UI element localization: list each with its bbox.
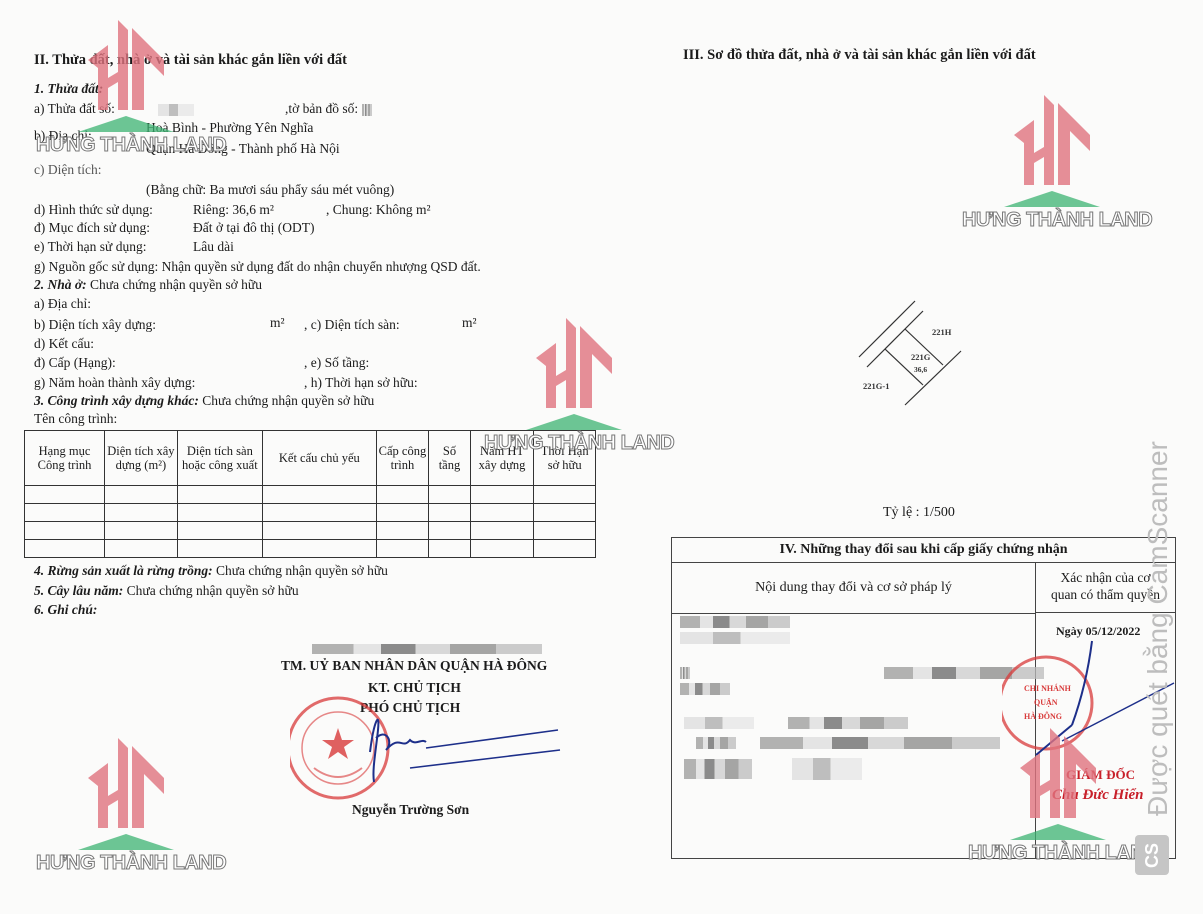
camscanner-text: Được quét bằng CamScanner	[1142, 386, 1174, 816]
usage-form-label: d) Hình thức sử dụng:	[34, 202, 153, 218]
area-label: c) Diện tích:	[34, 162, 101, 178]
purpose-label: đ) Mục đích sử dụng:	[34, 220, 150, 236]
changes-column-header: Nội dung thay đổi và cơ sở pháp lý	[672, 563, 1036, 614]
signing-authority: TM. UỶ BAN NHÂN DÂN QUẬN HÀ ĐÔNG	[281, 658, 547, 674]
house-address: a) Địa chỉ:	[34, 296, 91, 312]
plot-area-label: 36,6	[914, 365, 927, 374]
table-row	[25, 504, 596, 522]
column-header: Diện tích sàn hoặc công xuất	[177, 431, 262, 486]
svg-text:HÀ ĐÔNG: HÀ ĐÔNG	[1024, 711, 1062, 721]
term-label: e) Thời hạn sử dụng:	[34, 239, 146, 255]
watermark-text: HƯNG THÀNH LAND	[968, 842, 1158, 865]
logo-roof-icon	[1004, 191, 1100, 207]
section-iii-title: III. Sơ đồ thửa đất, nhà ở và tài sản kh…	[683, 47, 1036, 63]
column-header: Hạng mục Công trình	[25, 431, 105, 486]
term-value: Lâu dài	[193, 239, 234, 255]
ht-logo-icon	[88, 738, 164, 834]
signer-name: Nguyễn Trường Sơn	[352, 802, 469, 818]
house-floors: , e) Số tầng:	[304, 355, 369, 371]
column-header: Cấp công trình	[376, 431, 429, 486]
house-floor-area-unit: m²	[462, 315, 477, 331]
redacted-date-line	[312, 640, 542, 658]
house-build-area-unit: m²	[270, 315, 285, 331]
usage-form-private: Riêng: 36,6 m²	[193, 202, 274, 218]
ht-logo-icon	[1020, 728, 1096, 824]
map-sheet-label: ,tờ bản đồ số:	[285, 101, 372, 117]
house-completion-year: g) Năm hoàn thành xây dựng:	[34, 375, 195, 391]
red-stamp-icon	[290, 698, 388, 798]
svg-text:QUẬN: QUẬN	[1034, 698, 1058, 707]
ht-logo-icon	[1014, 95, 1090, 191]
watermark-text: HƯNG THÀNH LAND	[36, 852, 226, 875]
camscanner-watermark: Được quét bằng CamScanner CS	[1133, 395, 1183, 875]
house-grade: đ) Cấp (Hạng):	[34, 355, 116, 371]
watermark-text: HƯNG THÀNH LAND	[484, 432, 674, 455]
watermark-text: HƯNG THÀNH LAND	[36, 134, 226, 157]
column-header: Diện tích xây dựng (m²)	[105, 431, 178, 486]
ht-logo-icon	[88, 20, 164, 116]
plot-diagram: 221G 36,6 221H 221G-1	[845, 285, 1015, 410]
svg-text:CHI NHÁNH: CHI NHÁNH	[1024, 683, 1072, 693]
logo-roof-icon	[1010, 824, 1106, 840]
forest-line: 4. Rừng sản xuất là rừng trồng: Chưa chứ…	[34, 563, 388, 579]
house-build-area: b) Diện tích xây dựng:	[34, 317, 156, 333]
watermark-text: HƯNG THÀNH LAND	[962, 209, 1152, 232]
column-header: Kết cấu chủ yếu	[262, 431, 376, 486]
ht-logo-icon	[536, 318, 612, 414]
house-ownership-term: , h) Thời hạn sở hữu:	[304, 375, 418, 391]
table-row	[25, 522, 596, 540]
house-line: 2. Nhà ở: Chưa chứng nhận quyền sở hữu	[34, 277, 262, 293]
scale-label: Tỷ lệ : 1/500	[883, 505, 955, 521]
other-works-line: 3. Công trình xây dựng khác: Chưa chứng …	[34, 393, 374, 409]
logo-roof-icon	[526, 414, 622, 430]
purpose-value: Đất ở tại đô thị (ODT)	[193, 220, 315, 236]
camscanner-logo-icon: CS	[1135, 835, 1169, 875]
plot-parcel-label: 221G	[911, 352, 931, 362]
logo-roof-icon	[78, 834, 174, 850]
logo-roof-icon	[78, 116, 174, 132]
changes-table: IV. Những thay đổi sau khi cấp giấy chứn…	[671, 537, 1176, 859]
trees-line: 5. Cây lâu năm: Chưa chứng nhận quyền sở…	[34, 583, 299, 599]
works-name-label: Tên công trình:	[34, 411, 117, 427]
area-in-words: (Bằng chữ: Ba mươi sáu phẩy sáu mét vuôn…	[146, 182, 394, 198]
official-stamp-and-signature	[290, 690, 570, 810]
redacted-map-sheet	[362, 104, 372, 116]
house-structure: d) Kết cấu:	[34, 336, 94, 352]
redacted-change-content	[680, 616, 790, 644]
notes-heading: 6. Ghi chú:	[34, 602, 97, 618]
section-iv-title: IV. Những thay đổi sau khi cấp giấy chứn…	[672, 538, 1175, 563]
section-ii-title: II. Thửa đất, nhà ở và tài sản khác gắn …	[34, 52, 347, 68]
usage-form-shared: , Chung: Không m²	[326, 202, 431, 218]
blue-signature-icon	[370, 720, 560, 782]
plot-neighbor-left: 221G-1	[863, 381, 889, 391]
table-row	[25, 486, 596, 504]
house-floor-area: , c) Diện tích sàn:	[304, 317, 400, 333]
plot-neighbor-right: 221H	[932, 327, 952, 337]
origin-text: g) Nguồn gốc sử dụng: Nhận quyền sử dụng…	[34, 259, 481, 275]
column-header: Số tầng	[429, 431, 470, 486]
table-row	[25, 540, 596, 558]
